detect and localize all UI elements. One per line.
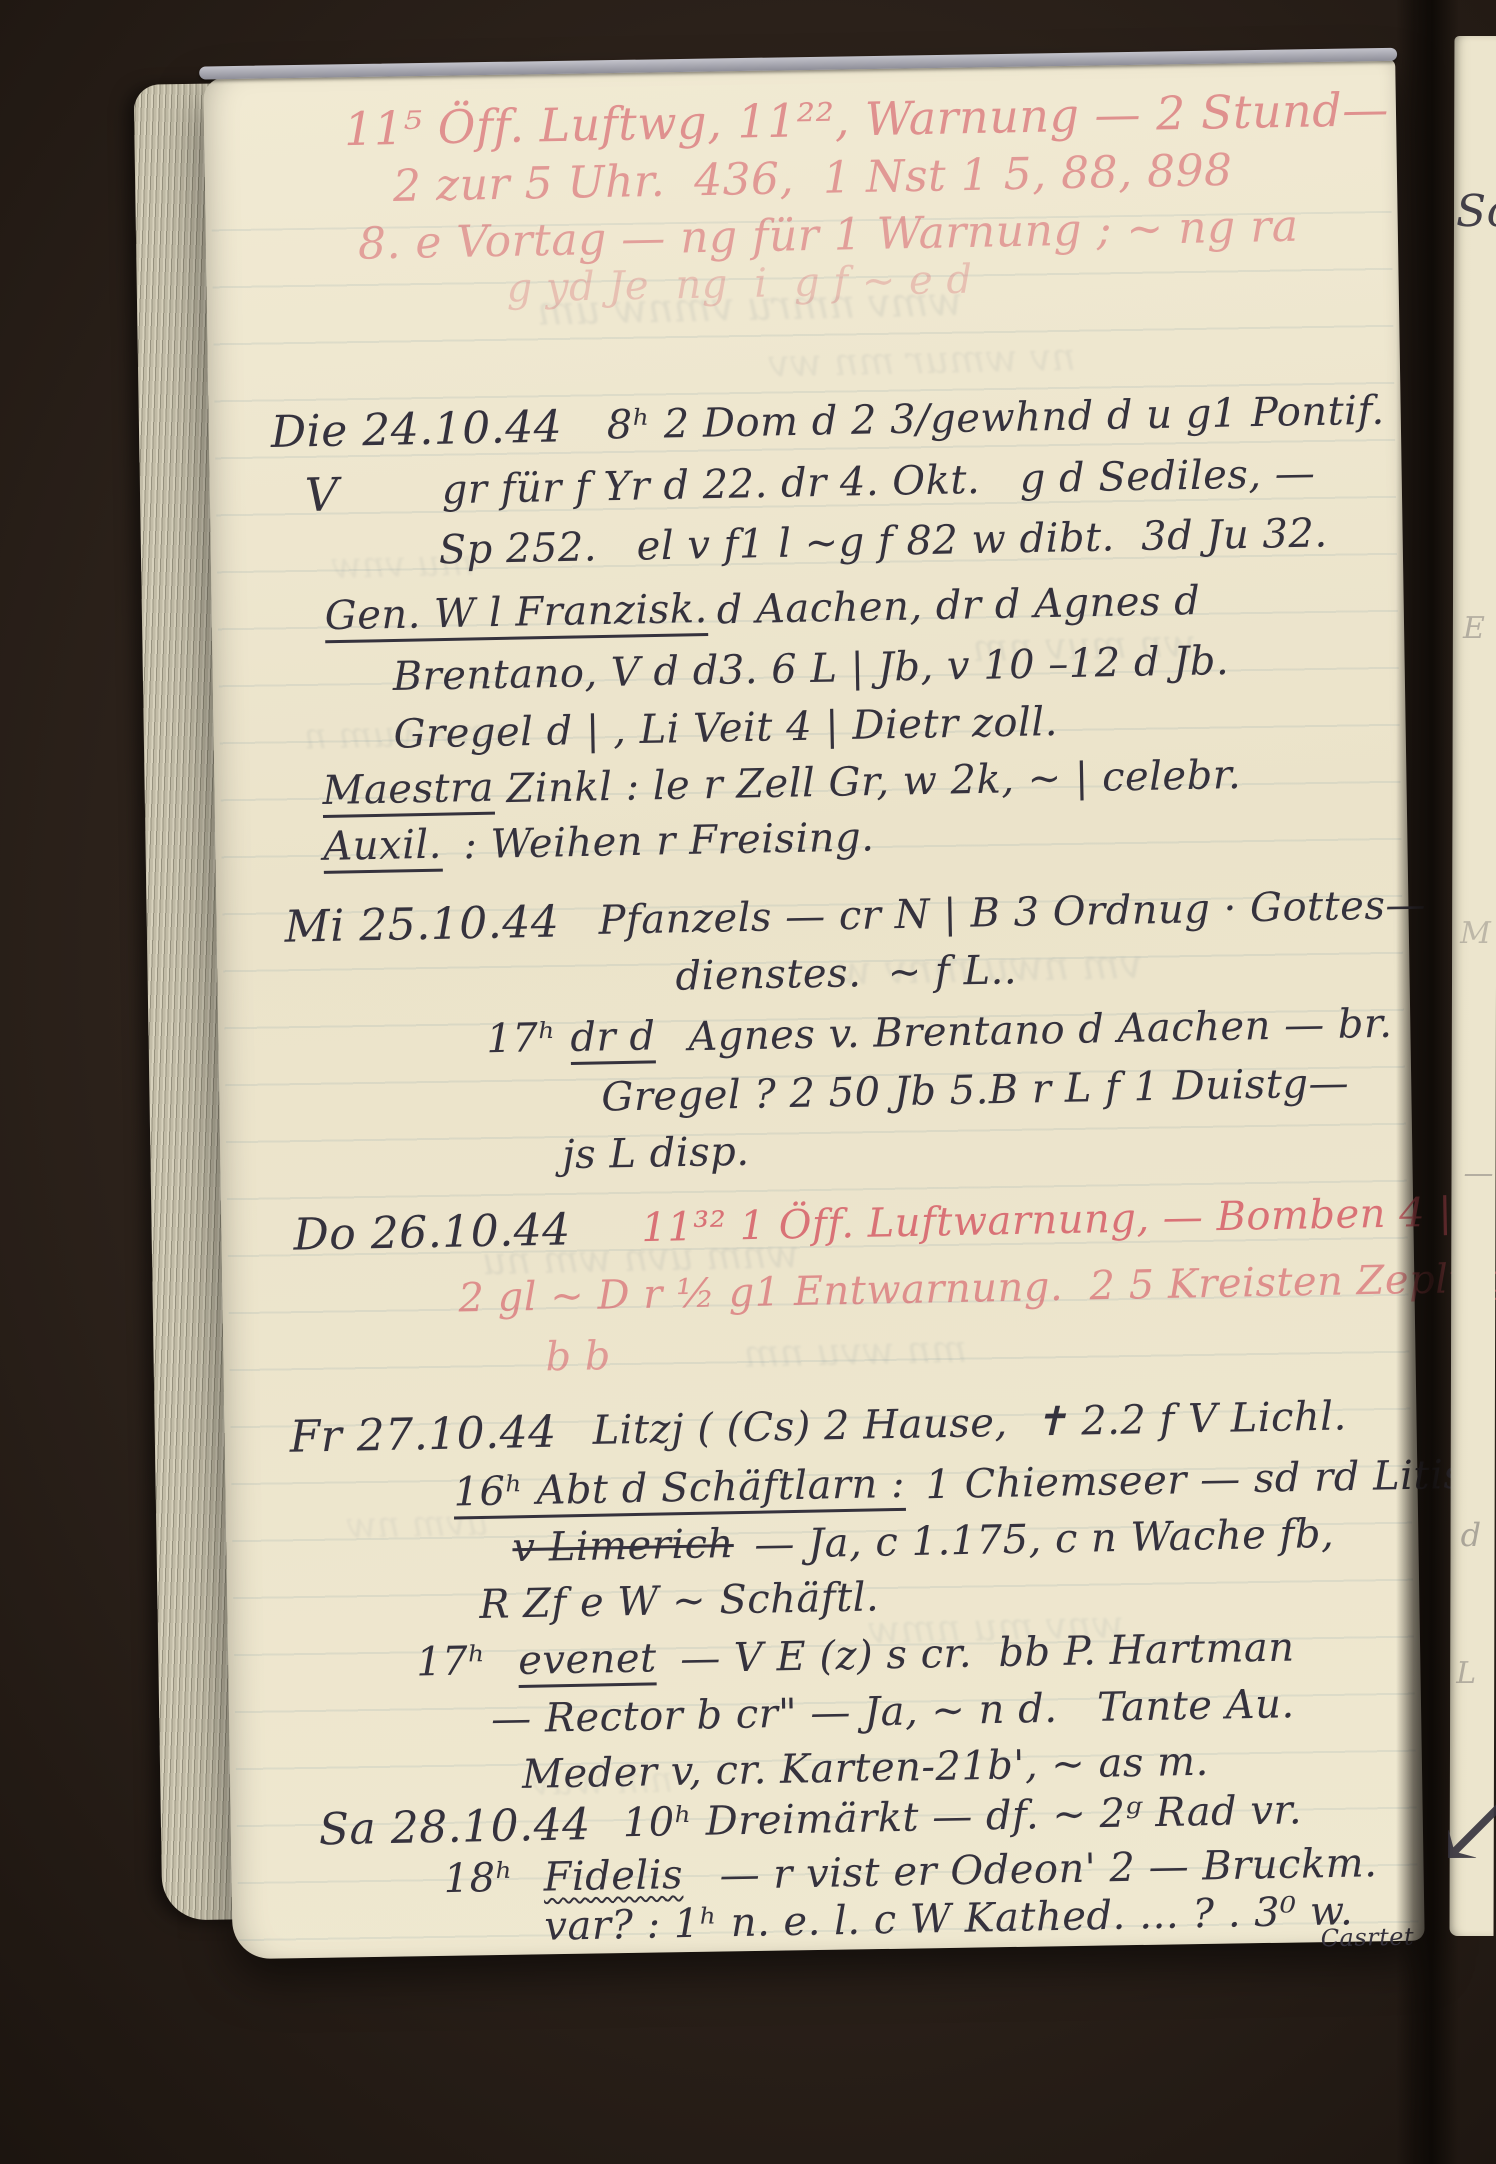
handwriting-segment: gr für f Yr d 22. dr 4. Okt. g d Sediles… [441, 451, 1315, 514]
handwriting-segment: dienstes. ~ f L.. [675, 947, 1017, 1000]
bleedthrough-ghost: vm nwu mnv w [837, 942, 1143, 995]
right-page-text-fragment: — [1463, 1156, 1494, 1191]
handwriting-segment: 8. e Vortag — ng für 1 Warnung ; ~ ng ra [357, 201, 1298, 270]
handwriting-segment: Meder v, cr. Karten-21b', ~ as m. [522, 1739, 1210, 1798]
right-page-text-fragment: M [1460, 916, 1491, 951]
handwriting-segment: d Aachen, dr d Agnes d [716, 578, 1200, 633]
handwriting-segment: 11³² 1 Öff. Luftwarnung, — Bomben 4 | [641, 1190, 1453, 1252]
bleedthrough-layer: wmv nmru vmnw umnv wmur mn wvmu vnwwn mu… [203, 59, 1424, 1959]
handwriting-segment: Gregel ? 2 50 Jb 5.B r L f 1 Duistg— [601, 1060, 1349, 1120]
handwriting-segment: 10ʰ Dreimärkt — df. ~ 2ᵍ Rad vr. [622, 1787, 1302, 1846]
right-page-text-fragment: d [1461, 1516, 1482, 1554]
handwriting-segment: 17ʰ [486, 1015, 570, 1063]
handwriting-segment: Zinkl : le r Zell Gr, w 2k, ~ | celebr. [506, 752, 1242, 812]
bleedthrough-ghost: wnv mu nmw [867, 1602, 1124, 1652]
handwriting-segment: dr d [570, 1013, 656, 1065]
bleedthrough-ghost: wn muv nm [972, 621, 1197, 670]
handwriting-segment: R Zf e W ~ Schäftl. [479, 1574, 880, 1628]
handwriting-segment: Pfanzels — cr N | B 3 Ordnug · Gottes— [598, 882, 1426, 944]
notebook-cover-edge [199, 48, 1397, 80]
handwriting-segment: Fr 27.10.44 [289, 1407, 557, 1463]
handwriting-segment: 8ʰ 2 Dom d 2 3/gewhnd d u g1 Pontif. [606, 388, 1385, 449]
bleedthrough-ghost: nv wmur mn wv [767, 335, 1076, 386]
handwriting-segment: Maestra [322, 765, 494, 818]
handwriting-segment: Gregel d | , Li Veit 4 | Dietr zoll. [393, 699, 1058, 758]
handwriting-segment: — Rector b cr" — Ja, ~ n d. Tante Au. [491, 1681, 1295, 1742]
handwriting-segment: Brentano, V d d3. 6 L | Jb, v 10 –12 d J… [392, 638, 1229, 700]
handwriting-segment: V [304, 467, 339, 522]
bleedthrough-ghost: wmv nmru vmnw um [536, 279, 963, 335]
handwriting-segment: b b [545, 1333, 611, 1380]
handwriting-segment: 16ʰ Abt d Schäftlarn : [453, 1461, 905, 1520]
handwriting-segment: 11⁵ Öff. Luftwg, 11²², Warnung — 2 Stund… [344, 82, 1390, 156]
bleedthrough-ghost: mu vnw [331, 543, 475, 587]
handwriting-segment: Mi 25.10.44 [284, 897, 559, 953]
handwriting-segment: — Ja, c 1.175, c n Wache fb, [754, 1511, 1335, 1568]
right-page-text-fragment: So [1456, 186, 1496, 237]
bleedthrough-ghost: wnm uvn wm nu [481, 1232, 799, 1283]
handwriting-segment: v Limerich [512, 1521, 734, 1571]
handwriting-segment: 2 gl ~ D r ½ g1 Entwarnung. 2 5 Kreisten… [458, 1255, 1496, 1321]
handwriting-segment: Agnes v. Brentano d Aachen — br. [688, 1001, 1393, 1061]
right-page-fragments: SoEM—dL↙ [1450, 36, 1496, 1936]
handwriting-segment: — r vist er Odeon' 2 — Bruckm. [719, 1840, 1378, 1899]
bleedthrough-ghost: mn wvu nm [743, 1327, 968, 1376]
handwriting-segment: Sa 28.10.44 [318, 1799, 591, 1855]
bleedthrough-ghost: nmv wum n [303, 712, 516, 758]
right-page-text-fragment: E [1463, 611, 1485, 646]
handwriting-segment: 18ʰ [443, 1854, 527, 1902]
handwriting-segment: Litzj ( (Cs) 2 Hause, ✝ 2.2 f V Lichl. [592, 1393, 1347, 1453]
binding-gap [1396, 0, 1458, 2164]
handwriting-segment: : Weihen r Freising. [463, 814, 875, 868]
handwriting-segment: Die 24.10.44 [270, 401, 562, 458]
handwriting-segment: Do 26.10.44 [293, 1204, 571, 1260]
diary-left-page: wmv nmru vmnw umnv wmur mn wvmu vnwwn mu… [203, 59, 1424, 1959]
handwriting-segment: Fidelis [543, 1852, 683, 1901]
handwriting-layer: 11⁵ Öff. Luftwg, 11²², Warnung — 2 Stund… [203, 59, 1424, 1959]
handwriting-segment: g yd Je ng i g f ~ e d [506, 257, 973, 312]
handwriting-segment: var? : 1ʰ n. e. l. c W Kathed. … ? . 3⁰ … [544, 1888, 1354, 1950]
handwriting-segment: 17ʰ [416, 1638, 500, 1686]
ruled-lines [212, 211, 1419, 1945]
handwriting-segment: Sp 252. el v f1 l ~g f 82 w dibt. 3d Ju … [438, 510, 1328, 573]
handwriting-segment: 2 zur 5 Uhr. 436, 1 Nst 1 5, 88, 898 [393, 145, 1233, 212]
handwriting-segment: — V E (z) s cr. bb P. Hartman [680, 1624, 1295, 1682]
bleedthrough-ghost: uvm nw [346, 1503, 490, 1547]
right-page-text-fragment: L [1456, 1656, 1476, 1691]
handwriting-segment: Gen. W l Franzisk. [324, 586, 708, 643]
handwriting-segment: js L disp. [562, 1129, 750, 1179]
handwriting-segment: evenet [518, 1635, 657, 1688]
handwriting-segment: 1 Chiemseer — sd rd Litis [925, 1452, 1465, 1508]
handwriting-segment: Auxil. [323, 822, 442, 874]
diary-right-page-sliver: SoEM—dL↙ [1450, 36, 1496, 1936]
bleedthrough-ghost: nm wuv [530, 1760, 674, 1804]
photo-background: wmv nmru vmnw umnv wmur mn wvmu vnwwn mu… [0, 0, 1496, 2164]
